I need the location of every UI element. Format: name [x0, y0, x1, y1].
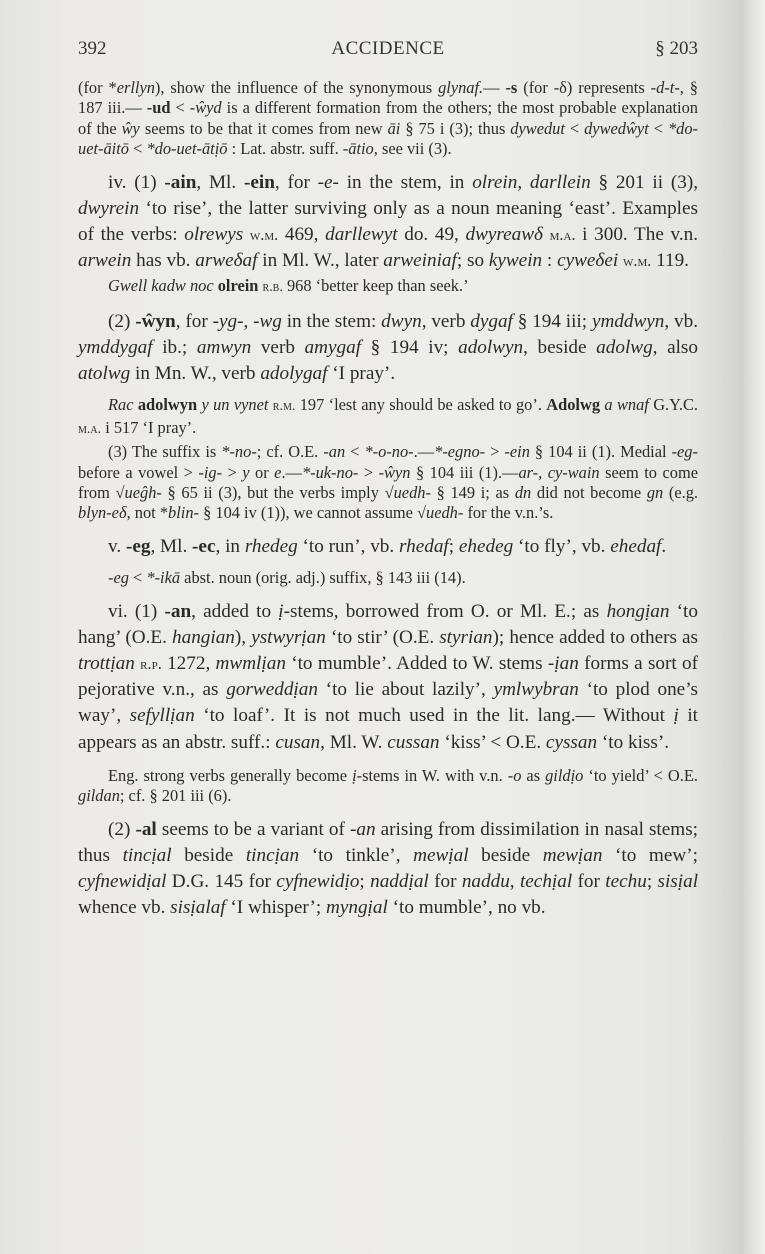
book-page: 392 ACCIDENCE § 203 (for *erllyn), show … — [0, 0, 765, 1254]
paragraph-vi-2: (2) -al seems to be a variant of -an ari… — [78, 817, 698, 922]
running-header: 392 ACCIDENCE § 203 — [78, 38, 698, 68]
paragraph-v: v. -eg, Ml. -ec, in rhedeg ‘to run’, vb.… — [78, 534, 698, 560]
example-quote: Gwell kadw noc olrein r.b. 968 ‘better k… — [78, 276, 698, 298]
section-number: § 203 — [655, 38, 698, 60]
running-title: ACCIDENCE — [78, 38, 698, 60]
paragraph-v-note: -eg < *-ikā abst. noun (orig. adj.) suff… — [78, 568, 698, 588]
paragraph-iv-2: (2) -ŵyn, for -yg-, -wg in the stem: dwy… — [78, 309, 698, 388]
paragraph-iv-1: iv. (1) -ain, Ml. -ein, for -e- in the s… — [78, 170, 698, 275]
paragraph-vi-1-note: Eng. strong verbs generally become ị-ste… — [78, 766, 698, 807]
paragraph-vi-1: vi. (1) -an, added to ị-stems, borrowed … — [78, 599, 698, 756]
paragraph-iv-3-note: (3) The suffix is *-no-; cf. O.E. -an < … — [78, 442, 698, 524]
page-body: (for *erllyn), show the influence of the… — [78, 78, 698, 921]
example-quote: Rac adolwyn y un vynet r.m. 197 ‘lest an… — [78, 395, 698, 440]
paragraph-continuation: (for *erllyn), show the influence of the… — [78, 78, 698, 160]
